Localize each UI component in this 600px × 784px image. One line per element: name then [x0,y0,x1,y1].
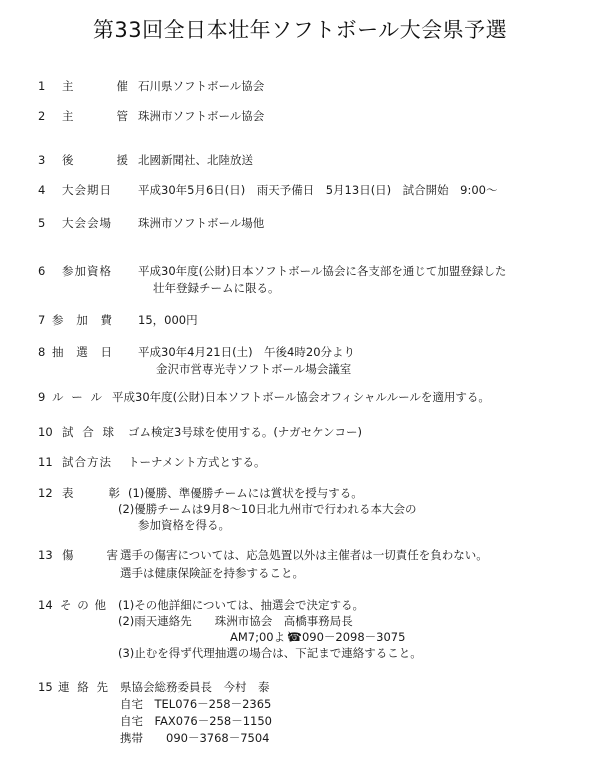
item-label: 試合方法 [62,454,128,470]
item-number: 12 [38,485,58,501]
item-value: 県協会総務委員長 今村 泰 [120,679,270,695]
item-value: 参加資格を得る。 [138,517,230,533]
item-value: 石川県ソフトボール協会 [138,78,264,94]
item-draw-place: 金沢市営専光寺ソフトボール場会議室 [0,361,600,377]
item-number: 13 [38,547,58,563]
item-other: 14 その他 (1)その他詳細については、抽選会で決定する。 [0,597,600,613]
item-value: 珠洲市ソフトボール場他 [138,215,264,231]
item-number: 4 [38,182,58,198]
item-value: ゴム検定3号球を使用する。(ナガセケンコー) [128,424,362,440]
item-label: 連絡先 [58,679,108,695]
item-awards-2-cont: 参加資格を得る。 [0,517,600,533]
item-value: 壮年登録チームに限る。 [153,280,280,296]
item-number: 6 [38,263,58,279]
item-contact-mobile: 携帯 090－3768－7504 [0,730,600,746]
item-eligibility: 6 参加資格 平成30年度(公財)日本ソフトボール協会に各支部を通じて加盟登録し… [0,263,600,279]
item-value: 15，000円 [138,312,198,328]
item-value: 平成30年度(公財)日本ソフトボール協会に各支部を通じて加盟登録した [138,263,506,279]
item-value: 選手の傷害については、応急処置以外は主催者は一切責任を負わない。 [120,547,488,563]
item-value: 自宅 FAX076－258－1150 [120,713,272,729]
item-other-3: (3)止むを得ず代理抽選の場合は、下記まで連絡すること。 [0,645,600,661]
item-value: 平成30年4月21日(土) 午後4時20分より [138,344,355,360]
item-format: 11 試合方法 トーナメント方式とする。 [0,454,600,470]
item-organizer: 1 主催 石川県ソフトボール協会 [0,78,600,94]
telephone-icon: ☎ [287,630,302,644]
item-other-2-phone: AM7;00より ☎090－2098－3075 [0,629,600,645]
item-number: 3 [38,152,58,168]
item-label: 参加資格 [62,263,128,279]
item-label: 主管 [62,108,128,124]
item-label: 参加費 [52,312,112,328]
item-venue: 5 大会会場 珠洲市ソフトボール場他 [0,215,600,231]
page-title: 第33回全日本壮年ソフトボール大会県予選 [0,14,600,44]
item-game-ball: 10 試合球 ゴム検定3号球を使用する。(ナガセケンコー) [0,424,600,440]
item-dates: 4 大会期日 平成30年5月6日(日) 雨天予備日 5月13日(日) 試合開始 … [0,182,600,198]
item-label: 抽選日 [52,344,112,360]
item-awards: 12 表彰 (1)優勝、準優勝チームには賞状を授与する。 [0,485,600,501]
item-number: 5 [38,215,58,231]
item-number: 1 [38,78,58,94]
item-label: 後援 [62,152,128,168]
item-label: 主催 [62,78,128,94]
item-label: 表彰 [62,485,120,501]
item-eligibility-cont: 壮年登録チームに限る。 [0,280,600,296]
item-value: 平成30年5月6日(日) 雨天予備日 5月13日(日) 試合開始 9:00～ [138,182,498,198]
item-management: 2 主管 珠洲市ソフトボール協会 [0,108,600,124]
item-phone: ☎090－2098－3075 [287,629,405,645]
item-contact: 15 連絡先 県協会総務委員長 今村 泰 [0,679,600,695]
item-value: 自宅 TEL076－258－2365 [120,696,271,712]
item-number: 11 [38,454,58,470]
item-value: 平成30年度(公財)日本ソフトボール協会オフィシャルルールを適用する。 [112,389,490,405]
item-contact-fax: 自宅 FAX076－258－1150 [0,713,600,729]
item-rules: 9 ルール 平成30年度(公財)日本ソフトボール協会オフィシャルルールを適用する… [0,389,600,405]
item-value: (2)優勝チームは9月8～10日北九州市で行われる本大会の [118,501,417,517]
item-value: (1)その他詳細については、抽選会で決定する。 [118,597,364,613]
item-support: 3 後援 北國新聞社、北陸放送 [0,152,600,168]
item-label: ルール [52,389,102,405]
item-number: 14 [38,597,58,613]
item-number: 2 [38,108,58,124]
item-other-2: (2)雨天連絡先 珠洲市協会 高橋事務局長 [0,613,600,629]
phone-number: 090－2098－3075 [302,630,405,644]
item-value: 珠洲市ソフトボール協会 [138,108,264,124]
item-awards-2: (2)優勝チームは9月8～10日北九州市で行われる本大会の [0,501,600,517]
item-value: (2)雨天連絡先 珠洲市協会 高橋事務局長 [118,613,353,629]
item-value: 北國新聞社、北陸放送 [138,152,253,168]
item-injury: 13 傷害 選手の傷害については、応急処置以外は主催者は一切責任を負わない。 [0,547,600,563]
item-label: 傷害 [62,547,118,563]
item-label: 試合球 [62,424,114,440]
item-label: 大会会場 [62,215,128,231]
item-number: 10 [38,424,58,440]
item-injury-cont: 選手は健康保険証を持参すること。 [0,565,600,581]
item-fee: 7 参加費 15，000円 [0,312,600,328]
item-label: その他 [60,597,106,613]
item-number: 15 [38,679,58,695]
item-value: (1)優勝、準優勝チームには賞状を授与する。 [128,485,363,501]
item-value: 金沢市営専光寺ソフトボール場会議室 [156,361,351,377]
item-value: 携帯 090－3768－7504 [120,730,269,746]
item-value: 選手は健康保険証を持参すること。 [120,565,304,581]
item-value: トーナメント方式とする。 [128,454,266,470]
item-value: (3)止むを得ず代理抽選の場合は、下記まで連絡すること。 [118,645,422,661]
item-label: 大会期日 [62,182,128,198]
item-contact-tel: 自宅 TEL076－258－2365 [0,696,600,712]
item-draw-date: 8 抽選日 平成30年4月21日(土) 午後4時20分より [0,344,600,360]
